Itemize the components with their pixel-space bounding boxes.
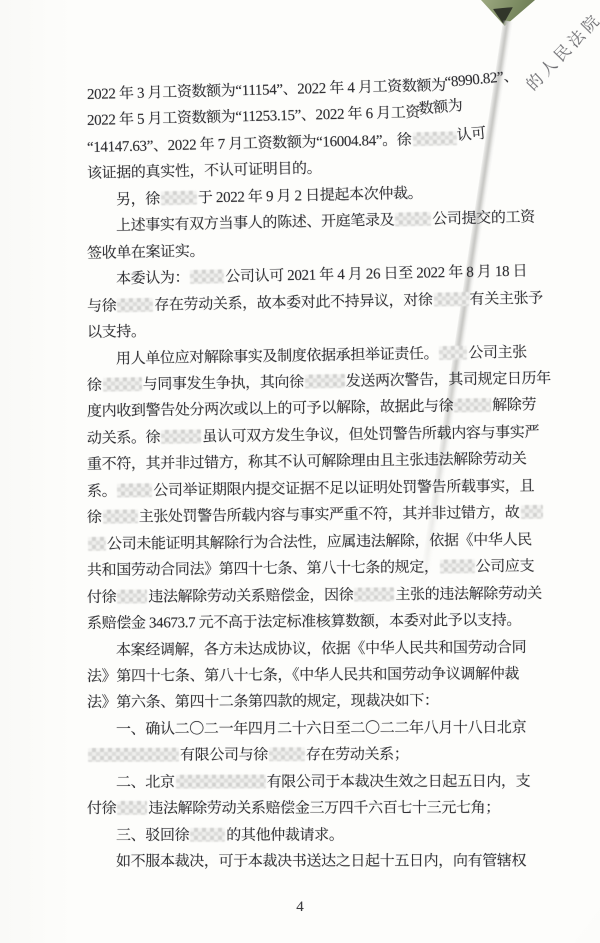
redaction-block	[433, 292, 468, 307]
text-run: 与徐	[87, 298, 117, 315]
redaction-block	[117, 589, 147, 603]
text-run: 上述事实有双方当事人的陈述、开庭笔录及	[116, 213, 395, 235]
redaction-block	[117, 801, 147, 815]
redaction-block	[161, 429, 201, 444]
text-run: 公司举证期限内提交证据不足以证明处罚警告所载事实，且	[153, 478, 534, 499]
text-run: 认可	[455, 121, 487, 150]
redaction-block	[269, 748, 305, 762]
redaction-block	[190, 827, 225, 841]
document-line: 付徐违法解除劳动关系赔偿金三万四千六百七十三元七角；	[87, 795, 532, 822]
text-run: 2022 年 3 月工资数额为“11154”、2022 年 4 月工资数额为	[87, 78, 446, 103]
redaction-block	[103, 510, 138, 524]
redaction-block	[520, 505, 542, 519]
underlying-page-text: 的人民法院	[520, 7, 600, 94]
text-run: 一、确认二〇二一年四月二十六日至二〇二二年八月十八日北京	[116, 720, 526, 738]
text-run: 法》第六条、第四十二条第四款的规定，现裁决如下：	[87, 694, 439, 712]
text-run: 违法解除劳动关系赔偿金，因徐	[148, 587, 353, 605]
redaction-block	[176, 774, 266, 788]
document-line: 法》第六条、第四十二条第四款的规定，现裁决如下：	[87, 688, 532, 717]
text-run: 主张的违法解除劳动关	[395, 586, 542, 603]
text-run: 虽认可双方发生争议，但处罚警告所载内容与事实严	[202, 425, 539, 446]
redaction-block	[117, 297, 153, 312]
text-run: 法》第四十七条、第八十七条，《中华人民共和国劳动争议调解仲裁	[87, 666, 519, 685]
redaction-block	[88, 537, 106, 551]
document-line: 本案经调解，各方未达成协议，依据《中华人民共和国劳动合同	[87, 634, 532, 664]
text-run: 付徐	[87, 589, 116, 605]
text-run: “8990.82”、	[443, 63, 519, 96]
text-run: 如不服本裁决，可于本裁决书送达之日起十五日内，向有管辖权	[116, 854, 526, 871]
text-run: 公司未能证明其解除行为合法性，应属违法解除，依据《中华人民	[107, 532, 532, 552]
text-run: 动关系。徐	[87, 430, 160, 447]
document-body: 2022 年 3 月工资数额为“11154”、2022 年 4 月工资数额为“8…	[87, 82, 532, 876]
document-line: 共和国劳动合同法》第四十七条、第八十七条的规定，公司应支	[87, 554, 532, 585]
redaction-block	[161, 190, 197, 205]
text-run: 有关主张予	[469, 290, 543, 307]
redaction-block	[412, 131, 456, 146]
text-run: 公司认可 2021 年 4 月 26 日至 2022 年 8 月 18 日	[225, 264, 527, 286]
text-run: “14147.63”、2022 年 7 月工资数额为“16004.84”。徐	[87, 132, 412, 156]
text-run: 存在劳动关系；	[306, 747, 409, 763]
document-photo: 的人民法院 2022 年 3 月工资数额为“11154”、2022 年 4 月工…	[0, 0, 600, 943]
text-run: 以支持。	[87, 324, 146, 341]
redaction-block	[439, 345, 467, 359]
document-line: 有限公司与徐存在劳动关系；	[87, 742, 532, 770]
redaction-block	[103, 377, 142, 392]
document-line: 如不服本裁决，可于本裁决书送达之日起十五日内，向有管辖权	[87, 849, 532, 876]
text-run: 付徐	[87, 801, 116, 817]
text-run: 有限公司于本裁决生效之日起五日内，支	[267, 774, 531, 791]
text-run: 公司提交的工资	[432, 210, 535, 228]
redaction-block	[190, 270, 224, 285]
text-run: 重不符，其并非过错方，称其不认可解除理由且主张违法解除劳动关	[87, 452, 527, 474]
text-run: 系。	[87, 483, 117, 499]
text-run: 2022 年 5 月工资数额为“11253.15”、2022 年 6 月工资	[87, 105, 421, 129]
page-number: 4	[0, 899, 600, 916]
document-line: 三、驳回徐的其他仲裁请求。	[87, 822, 532, 849]
text-run: 存在劳动关系，故本委对此不持异议，对徐	[154, 292, 433, 313]
redaction-block	[354, 587, 394, 601]
text-run: 主张处罚警告所载内容与事实严重不符，其并非过错方，故	[139, 505, 520, 525]
document-line: 法》第四十七条、第八十七条，《中华人民共和国劳动争议调解仲裁	[87, 661, 532, 690]
document-line: 徐主张处罚警告所载内容与事实严重不符，其并非过错方，故	[87, 500, 532, 531]
text-run: 用人单位应对解除事实及制度依据承担举证责任。	[116, 346, 439, 367]
text-run: 有限公司与徐	[180, 748, 268, 764]
text-run: 发送两次警告，其司规定日历年	[346, 371, 551, 390]
text-run: 公司应支	[476, 559, 535, 576]
document-line: 二、北京有限公司于本裁决生效之日起五日内，支	[87, 769, 532, 797]
text-run: 徐	[87, 510, 102, 526]
text-run: 另，徐	[116, 191, 160, 208]
redaction-block	[454, 398, 491, 413]
text-run: 解除劳	[492, 398, 536, 415]
text-run: 系赔偿金 34673.7 元不高于法定标准核算数额，本委对此予以支持。	[87, 613, 521, 632]
text-run: 共和国劳动合同法》第四十七条、第八十七条的规定，	[87, 560, 439, 579]
document-line: 付徐违法解除劳动关系赔偿金，因徐主张的违法解除劳动关	[87, 581, 532, 611]
text-run: 二、北京	[116, 775, 175, 791]
text-run: 与同事发生争执，其向徐	[143, 375, 304, 394]
text-run: 三、驳回徐	[116, 828, 189, 844]
text-run: 本委认为：	[116, 270, 190, 287]
document-line: 一、确认二〇二一年四月二十六日至二〇二二年八月十八日北京	[87, 715, 532, 743]
redaction-block	[395, 212, 431, 227]
text-run: 徐	[87, 378, 102, 394]
redaction-block	[117, 483, 152, 497]
document-line: 系赔偿金 34673.7 元不高于法定标准核算数额，本委对此予以支持。	[87, 608, 532, 638]
text-run: 该证据的真实性，不认可证明目的。	[87, 161, 322, 182]
redaction-block	[305, 374, 345, 389]
text-run: 公司主张	[468, 344, 527, 361]
text-run: 于 2022 年 9 月 2 日提起本次仲裁。	[198, 185, 423, 206]
text-run: 本案经调解，各方未达成协议，依据《中华人民共和国劳动合同	[116, 639, 526, 658]
text-run: 违法解除劳动关系赔偿金三万四千六百七十三元七角；	[148, 801, 500, 818]
text-run: 签收单在案证实。	[87, 243, 205, 261]
text-run: 数额为	[418, 93, 464, 123]
text-run: 度内收到警告处分两次或以上的可予以解除，故据此与徐	[87, 399, 453, 420]
redaction-block	[88, 748, 179, 762]
redaction-block	[440, 559, 475, 573]
text-run: 的其他仲裁请求。	[226, 827, 343, 843]
